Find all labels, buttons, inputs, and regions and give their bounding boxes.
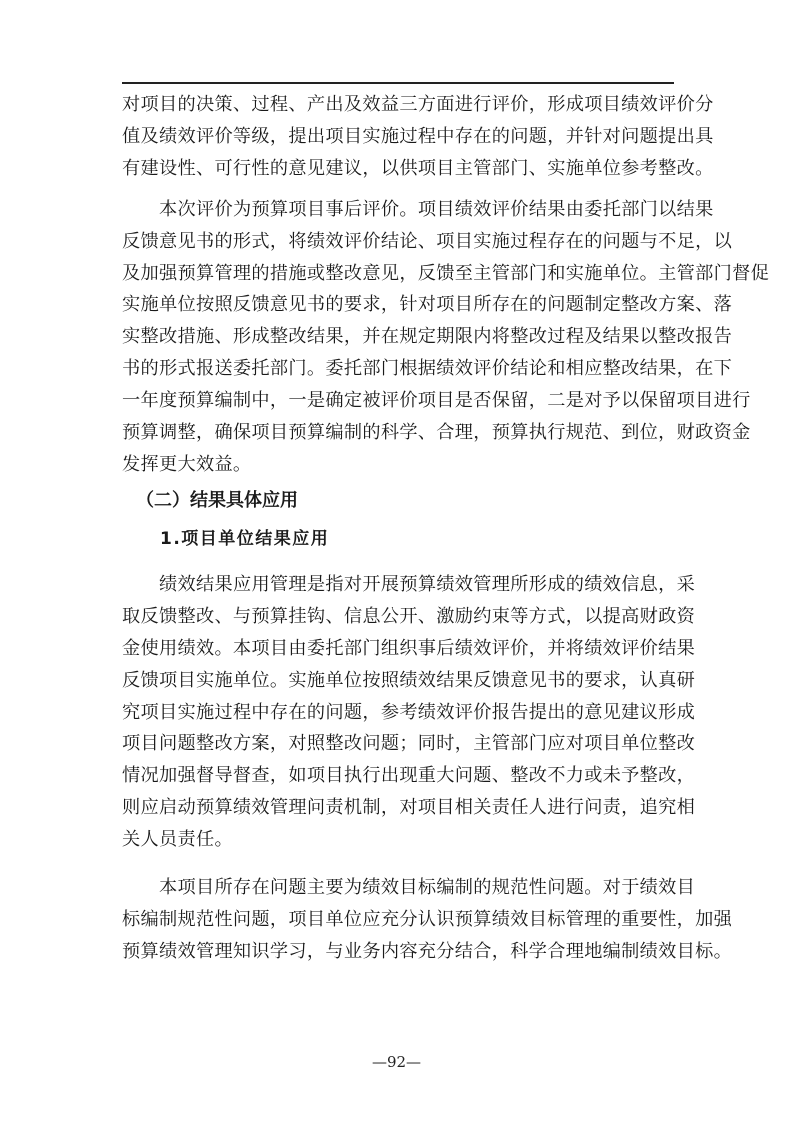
text-line: 本项目所存在问题主要为绩效目标编制的规范性问题。对于绩效目 [122, 872, 678, 904]
paragraph-problem-summary: 本项目所存在问题主要为绩效目标编制的规范性问题。对于绩效目 标编制规范性问题，项… [122, 872, 678, 968]
text-line: 情况加强督导督查，如项目执行出现重大问题、整改不力或未予整改， [122, 760, 678, 792]
text-line: 标编制规范性问题，项目单位应充分认识预算绩效目标管理的重要性，加强 [122, 904, 678, 936]
paragraph-results-application: 绩效结果应用管理是指对开展预算绩效管理所形成的绩效信息，采 取反馈整改、与预算挂… [122, 569, 678, 856]
text-line: 对项目的决策、过程、产出及效益三方面进行评价，形成项目绩效评价分 [122, 89, 678, 121]
text-line: 究项目实施过程中存在的问题，参考绩效评价报告提出的意见建议形成 [122, 697, 678, 729]
text-line: 取反馈整改、与预算挂钩、信息公开、激励约束等方式，以提高财政资 [122, 601, 678, 633]
text-line: 则应启动预算绩效管理问责机制，对项目相关责任人进行问责，追究相 [122, 792, 678, 824]
text-line: 预算调整，确保项目预算编制的科学、合理，预算执行规范、到位，财政资金 [122, 417, 678, 449]
subsection-heading: 1.项目单位结果应用 [122, 523, 678, 555]
text-line: 实施单位按照反馈意见书的要求，针对项目所存在的问题制定整改方案、落 [122, 289, 678, 321]
header-rule [122, 82, 674, 84]
paragraph-evaluation-type: 本次评价为预算项目事后评价。项目绩效评价结果由委托部门以结果 反馈意见书的形式，… [122, 194, 678, 481]
text-line: 本次评价为预算项目事后评价。项目绩效评价结果由委托部门以结果 [122, 194, 678, 226]
page-body: 对项目的决策、过程、产出及效益三方面进行评价，形成项目绩效评价分 值及绩效评价等… [122, 89, 678, 968]
text-line: 发挥更大效益。 [122, 449, 678, 481]
paragraph-evaluation-scope: 对项目的决策、过程、产出及效益三方面进行评价，形成项目绩效评价分 值及绩效评价等… [122, 89, 678, 185]
section-heading: （二）结果具体应用 [122, 485, 678, 517]
text-line: 有建设性、可行性的意见建议，以供项目主管部门、实施单位参考整改。 [122, 153, 678, 185]
text-line: 反馈项目实施单位。实施单位按照绩效结果反馈意见书的要求，认真研 [122, 665, 678, 697]
text-line: 绩效结果应用管理是指对开展预算绩效管理所形成的绩效信息，采 [122, 569, 678, 601]
text-line: 值及绩效评价等级，提出项目实施过程中存在的问题，并针对问题提出具 [122, 121, 678, 153]
text-line: 项目问题整改方案，对照整改问题；同时，主管部门应对项目单位整改 [122, 728, 678, 760]
text-line: 反馈意见书的形式，将绩效评价结论、项目实施过程存在的问题与不足，以 [122, 226, 678, 258]
text-line: 金使用绩效。本项目由委托部门组织事后绩效评价，并将绩效评价结果 [122, 633, 678, 665]
page-number: —92— [0, 1053, 793, 1071]
text-line: 预算绩效管理知识学习，与业务内容充分结合，科学合理地编制绩效目标。 [122, 936, 678, 968]
text-line: 一年度预算编制中，一是确定被评价项目是否保留，二是对予以保留项目进行 [122, 385, 678, 417]
text-line: 及加强预算管理的措施或整改意见，反馈至主管部门和实施单位。主管部门督促 [122, 258, 678, 290]
text-line: 实整改措施、形成整改结果，并在规定期限内将整改过程及结果以整改报告 [122, 321, 678, 353]
text-line: 书的形式报送委托部门。委托部门根据绩效评价结论和相应整改结果，在下 [122, 353, 678, 385]
text-line: 关人员责任。 [122, 824, 678, 856]
